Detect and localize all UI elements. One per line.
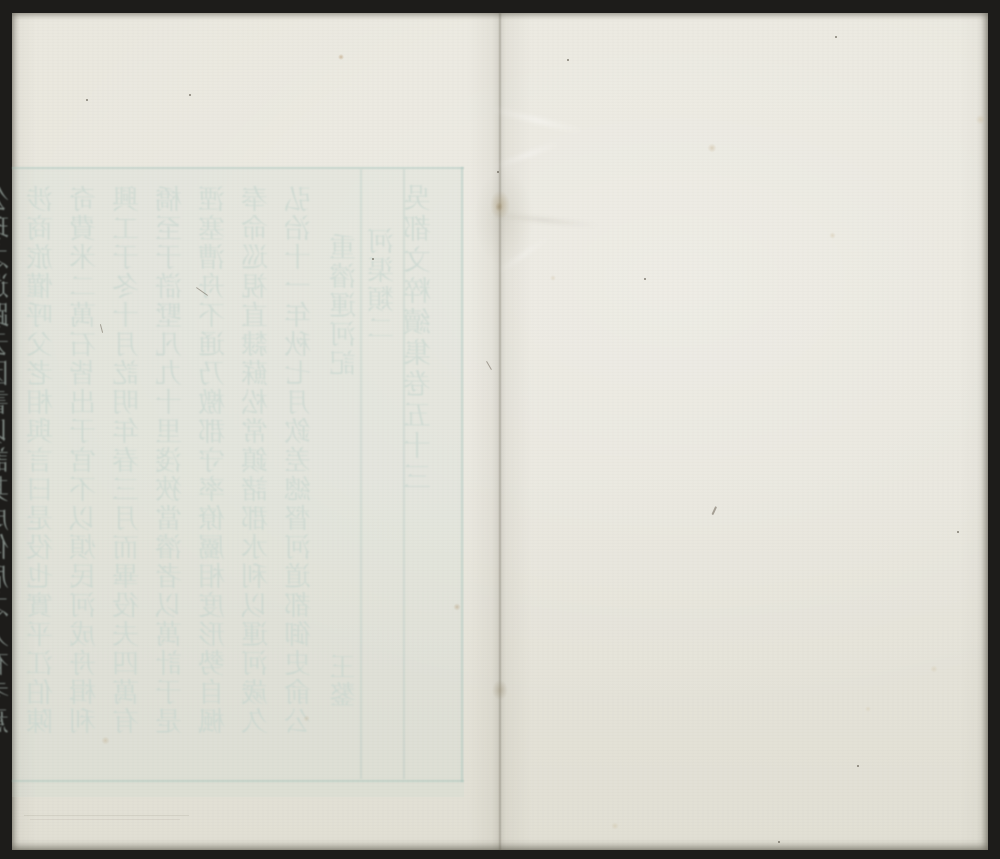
textblock-column-rule: [360, 169, 362, 779]
under-page-edge: [24, 815, 189, 816]
book-scan-spread: 吳都文粹續集卷五十三 河渠類二 重濬運河記 王鏊 弘治十一年秋七月欽差總督河道都…: [12, 13, 988, 850]
textblock-column-rule: [403, 169, 405, 779]
under-page-edge: [30, 819, 180, 820]
textblock-frame-bottom: [12, 780, 464, 782]
textblock-frame-top: [12, 167, 464, 169]
right-page: [500, 13, 988, 850]
textblock-frame-right: [461, 167, 463, 782]
center-fold-line: [499, 13, 501, 850]
bleedthrough-textblock: [12, 167, 464, 797]
